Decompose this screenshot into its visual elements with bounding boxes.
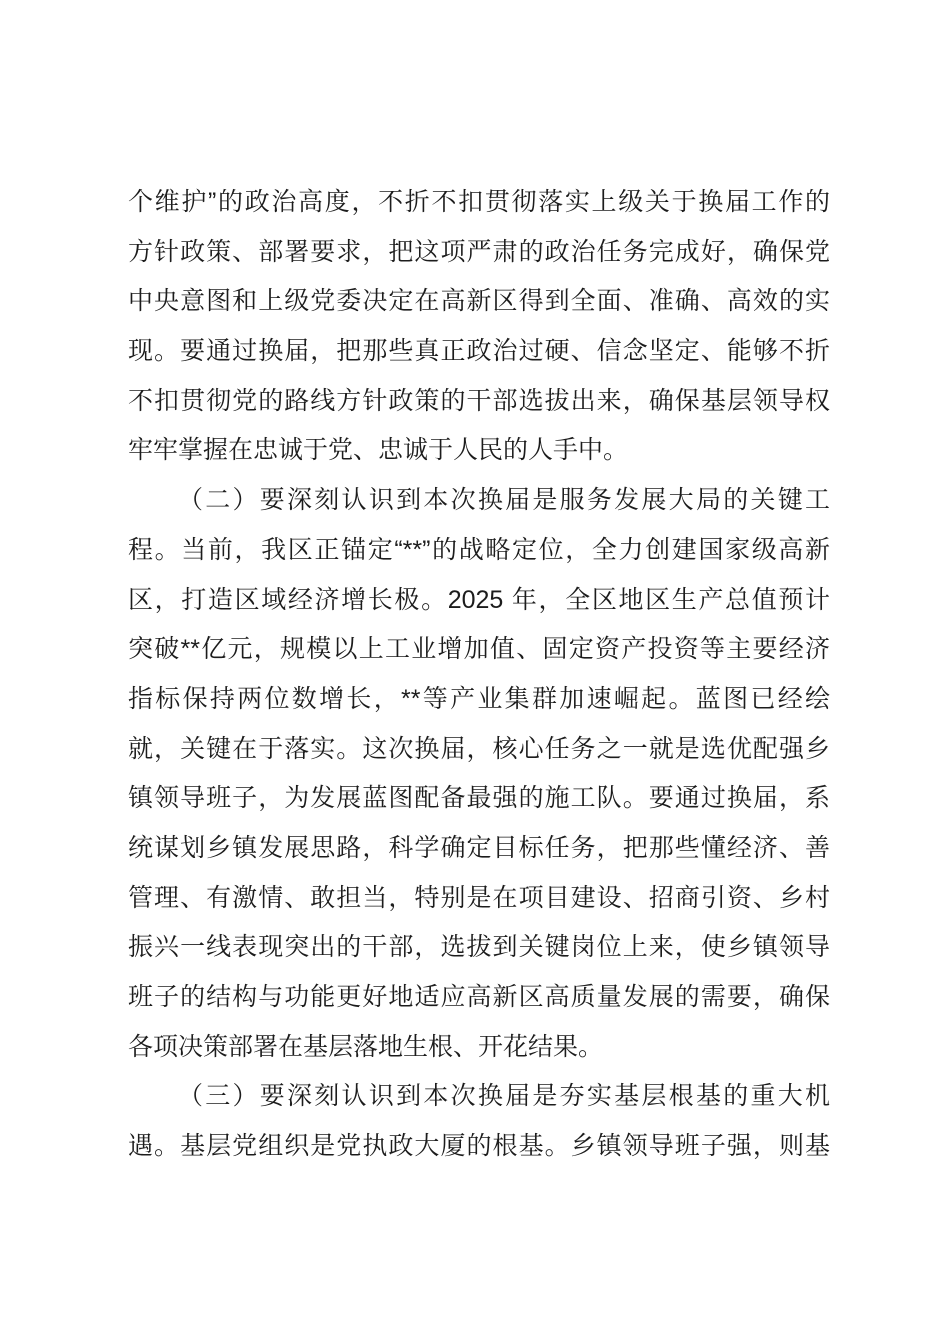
text-line: 牢牢掌握在忠诚于党、忠诚于人民的人手中。 [128, 426, 830, 476]
text-line: 方针政策、部署要求，把这项严肃的政治任务完成好，确保党 [128, 228, 830, 278]
text-line: 指标保持两位数增长，**等产业集群加速崛起。蓝图已经绘 [128, 675, 830, 725]
document-page: 个维护”的政治高度，不折不扣贯彻落实上级关于换届工作的 方针政策、部署要求，把这… [0, 0, 950, 1344]
text-line: 现。要通过换届，把那些真正政治过硬、信念坚定、能够不折 [128, 327, 830, 377]
text-line: 各项决策部署在基层落地生根、开花结果。 [128, 1023, 830, 1073]
text-line: 管理、有激情、敢担当，特别是在项目建设、招商引资、乡村 [128, 874, 830, 924]
text-line: 区，打造区域经济增长极。2025 年，全区地区生产总值预计 [128, 576, 830, 626]
text-line: 突破**亿元，规模以上工业增加值、固定资产投资等主要经济 [128, 625, 830, 675]
text-line: 遇。基层党组织是党执政大厦的根基。乡镇领导班子强，则基 [128, 1122, 830, 1172]
text-line: 不扣贯彻党的路线方针政策的干部选拔出来，确保基层领导权 [128, 377, 830, 427]
text-line-paragraph-start: （三）要深刻认识到本次换届是夯实基层根基的重大机 [128, 1072, 830, 1122]
text-line-paragraph-start: （二）要深刻认识到本次换届是服务发展大局的关键工 [128, 476, 830, 526]
text-line: 程。当前，我区正锚定“**”的战略定位，全力创建国家级高新 [128, 526, 830, 576]
text-line: 中央意图和上级党委决定在高新区得到全面、准确、高效的实 [128, 277, 830, 327]
text-line: 镇领导班子，为发展蓝图配备最强的施工队。要通过换届，系 [128, 774, 830, 824]
document-body-text: 个维护”的政治高度，不折不扣贯彻落实上级关于换届工作的 方针政策、部署要求，把这… [128, 178, 830, 1172]
text-line: 振兴一线表现突出的干部，选拔到关键岗位上来，使乡镇领导 [128, 923, 830, 973]
text-line: 统谋划乡镇发展思路，科学确定目标任务，把那些懂经济、善 [128, 824, 830, 874]
text-line: 班子的结构与功能更好地适应高新区高质量发展的需要，确保 [128, 973, 830, 1023]
text-line: 个维护”的政治高度，不折不扣贯彻落实上级关于换届工作的 [128, 178, 830, 228]
text-line: 就，关键在于落实。这次换届，核心任务之一就是选优配强乡 [128, 725, 830, 775]
